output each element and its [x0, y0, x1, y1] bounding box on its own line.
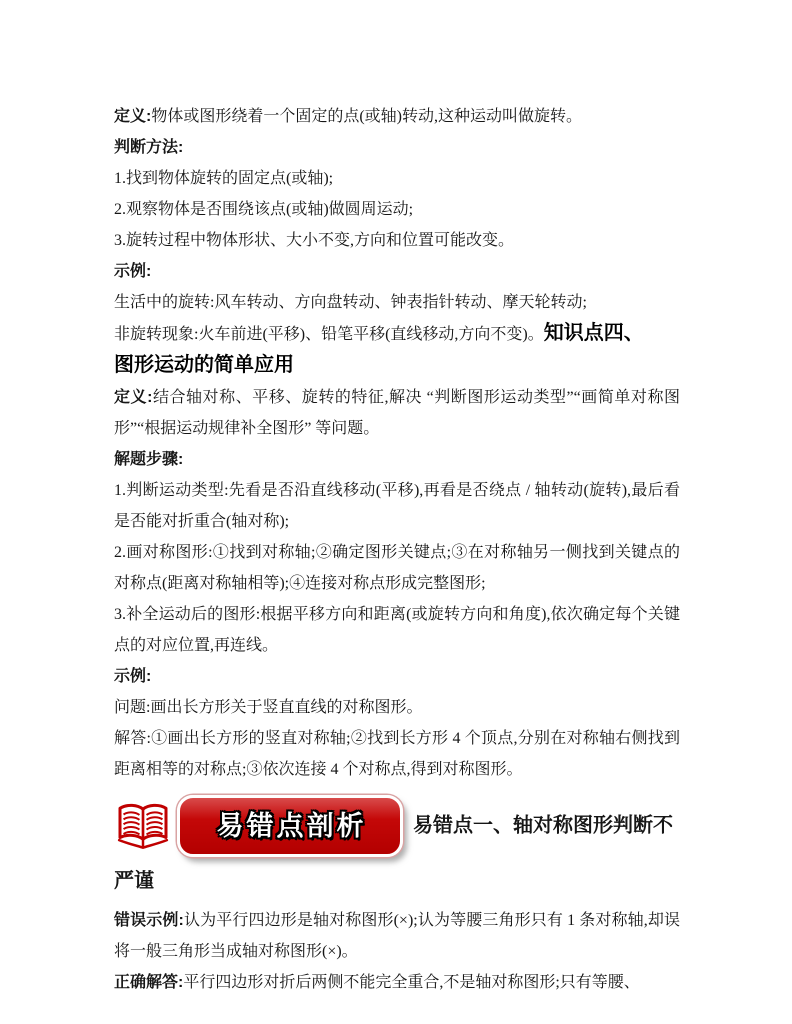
bold-label: 示例: — [114, 668, 151, 685]
bold-label: 定义: — [114, 389, 152, 406]
knowledge-point-4-heading-part1: 知识点四、 — [544, 322, 644, 344]
bold-label: 正确解答: — [114, 974, 183, 991]
bold-label: 示例: — [114, 263, 151, 280]
body-text: 生活中的旋转:风车转动、方向盘转动、钟表指针转动、摩天轮转动; — [114, 294, 587, 311]
body-text: 结合轴对称、平移、旋转的特征,解决 “判断图形运动类型”“画简单对称图形”“根据… — [114, 389, 680, 437]
body-text: 3.补全运动后的图形:根据平移方向和距离(或旋转方向和角度),依次确定每个关键点… — [114, 606, 680, 654]
paragraph-solving-steps-label: 解题步骤: — [114, 444, 680, 475]
line-group: 非旋转现象:火车前进(平移)、铅笔平移(直线移动,方向不变)。知识点四、 — [114, 326, 644, 343]
body-text: 物体或图形绕着一个固定的点(或轴)转动,这种运动叫做旋转。 — [151, 108, 582, 125]
paragraph-judgment-step-2: 2.观察物体是否围绕该点(或轴)做圆周运动; — [114, 194, 680, 225]
body-text: 非旋转现象:火车前进(平移)、铅笔平移(直线移动,方向不变)。 — [114, 326, 544, 343]
paragraph-solving-step-1: 1.判断运动类型:先看是否沿直线移动(平移),再看是否绕点 / 轴转动(旋转),… — [114, 475, 680, 537]
document-page: 定义:物体或图形绕着一个固定的点(或轴)转动,这种运动叫做旋转。 判断方法: 1… — [0, 0, 792, 1024]
paragraph-application-definition: 定义:结合轴对称、平移、旋转的特征,解决 “判断图形运动类型”“画简单对称图形”… — [114, 382, 680, 444]
knowledge-point-4-heading-part2: 图形运动的简单应用 — [114, 354, 294, 376]
body-text: 1.判断运动类型:先看是否沿直线移动(平移),再看是否绕点 / 轴转动(旋转),… — [114, 482, 680, 530]
paragraph-solving-step-2: 2.画对称图形:①找到对称轴;②确定图形关键点;③在对称轴另一侧找到关键点的对称… — [114, 537, 680, 599]
paragraph-rotation-definition: 定义:物体或图形绕着一个固定的点(或轴)转动,这种运动叫做旋转。 — [114, 101, 680, 132]
paragraph-correct-answer: 正确解答:平行四边形对折后两侧不能完全重合,不是轴对称图形;只有等腰、 — [114, 967, 680, 998]
body-text: 3.旋转过程中物体形状、大小不变,方向和位置可能改变。 — [114, 232, 514, 249]
body-text: 解答:①画出长方形的竖直对称轴;②找到长方形 4 个顶点,分别在对称轴右侧找到距… — [114, 730, 680, 778]
paragraph-example-answer: 解答:①画出长方形的竖直对称轴;②找到长方形 4 个顶点,分别在对称轴右侧找到距… — [114, 723, 680, 785]
badge-label: 易错点剖析 — [214, 806, 367, 846]
body-text: 认为平行四边形是轴对称图形(×);认为等腰三角形只有 1 条对称轴,却误将一般三… — [114, 912, 680, 960]
paragraph-example-label: 示例: — [114, 256, 680, 287]
body-text: 1.找到物体旋转的固定点(或轴); — [114, 170, 333, 187]
bold-label: 解题步骤: — [114, 451, 183, 468]
paragraph-wrong-example: 错误示例:认为平行四边形是轴对称图形(×);认为等腰三角形只有 1 条对称轴,却… — [114, 905, 680, 967]
paragraph-solving-step-3: 3.补全运动后的图形:根据平移方向和距离(或旋转方向和角度),依次确定每个关键点… — [114, 599, 680, 661]
error-analysis-banner: 易错点剖析 — [114, 791, 403, 861]
error-analysis-badge: 易错点剖析 — [177, 795, 403, 857]
body-text: 2.观察物体是否围绕该点(或轴)做圆周运动; — [114, 201, 413, 218]
paragraph-judgment-step-3: 3.旋转过程中物体形状、大小不变,方向和位置可能改变。 — [114, 225, 680, 256]
error-point-1-heading: 易错点剖析易错点一、轴对称图形判断不严谨 — [114, 791, 680, 901]
bold-label: 定义: — [114, 108, 151, 125]
paragraph-judgment-method-label: 判断方法: — [114, 132, 680, 163]
paragraph-judgment-step-1: 1.找到物体旋转的固定点(或轴); — [114, 163, 680, 194]
open-book-icon — [116, 803, 170, 849]
bold-label: 判断方法: — [114, 139, 183, 156]
body-text: 平行四边形对折后两侧不能完全重合,不是轴对称图形;只有等腰、 — [183, 974, 639, 991]
paragraph-non-rotation-and-knowledge-point-4: 非旋转现象:火车前进(平移)、铅笔平移(直线移动,方向不变)。知识点四、图形运动… — [114, 318, 680, 382]
paragraph-life-rotation-examples: 生活中的旋转:风车转动、方向盘转动、钟表指针转动、摩天轮转动; — [114, 287, 680, 318]
body-text: 问题:画出长方形关于竖直直线的对称图形。 — [114, 699, 422, 716]
body-text: 2.画对称图形:①找到对称轴;②确定图形关键点;③在对称轴另一侧找到关键点的对称… — [114, 544, 680, 592]
document-content: 定义:物体或图形绕着一个固定的点(或轴)转动,这种运动叫做旋转。 判断方法: 1… — [114, 101, 680, 998]
paragraph-example-label-2: 示例: — [114, 661, 680, 692]
bold-label: 错误示例: — [114, 912, 184, 929]
paragraph-example-question: 问题:画出长方形关于竖直直线的对称图形。 — [114, 692, 680, 723]
